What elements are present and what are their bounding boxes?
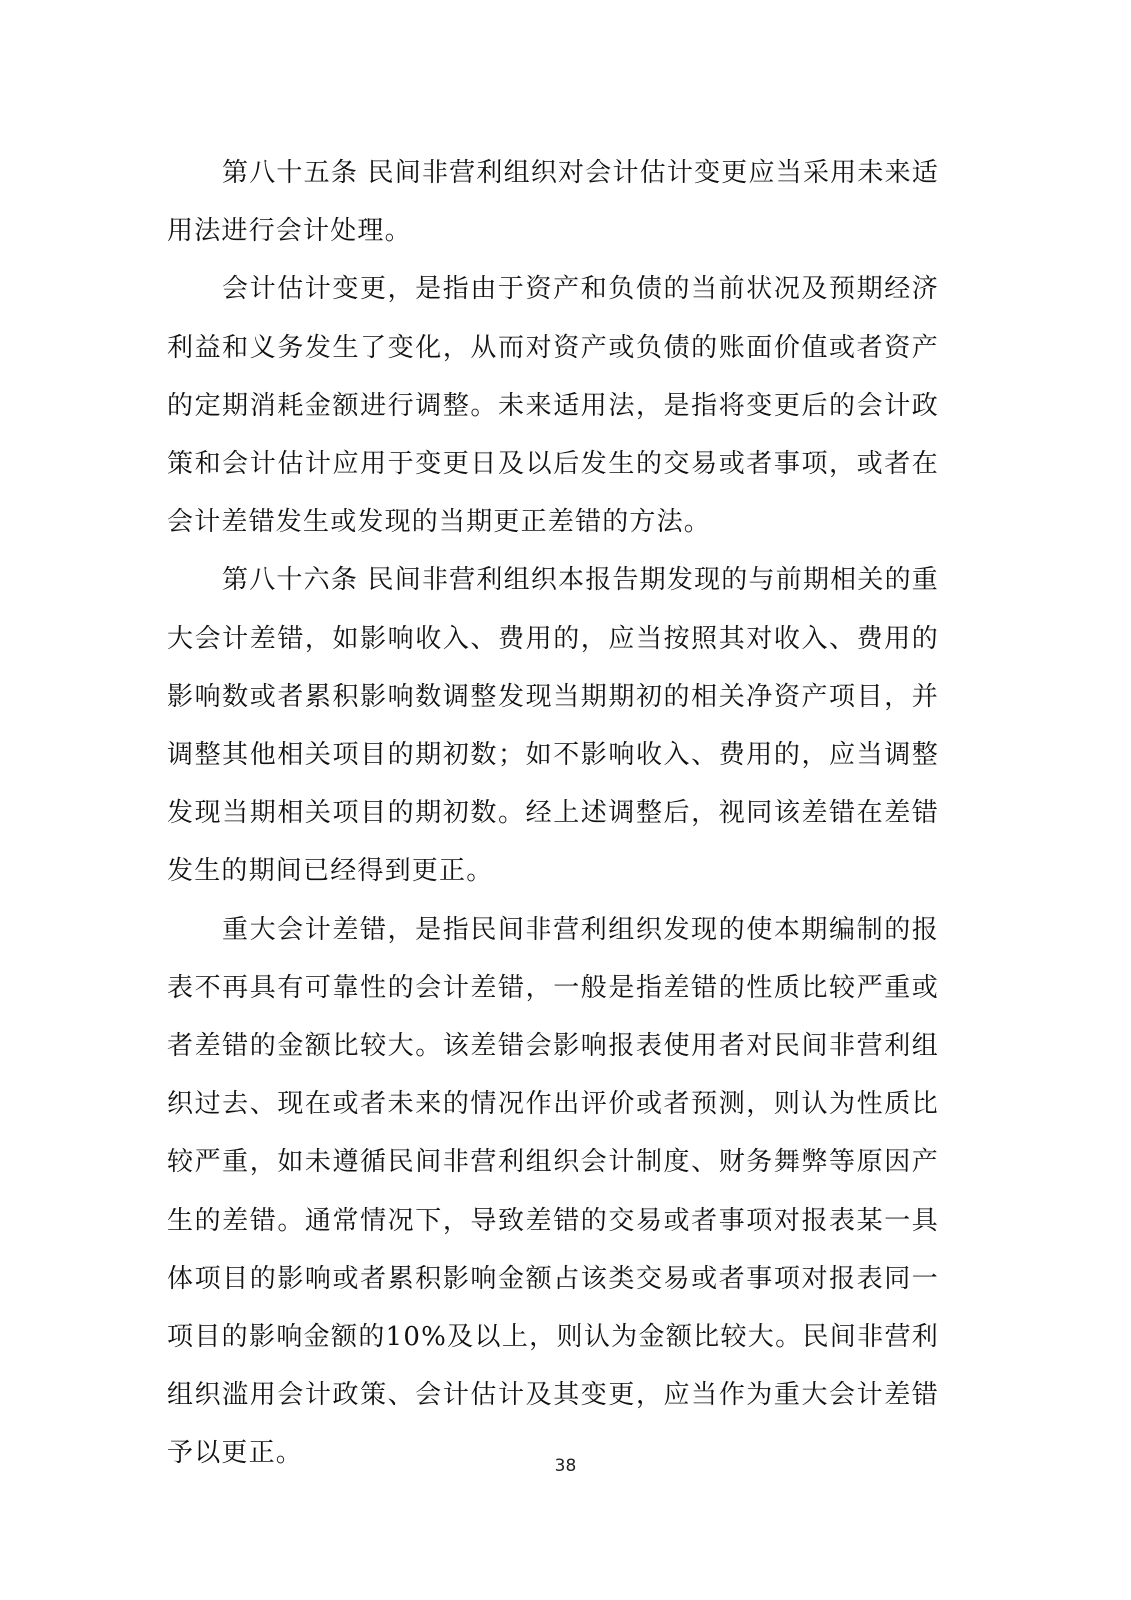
paragraph-article-86: 第八十六条 民间非营利组织本报告期发现的与前期相关的重大会计差错，如影响收入、费…	[167, 551, 939, 900]
paragraph-material-error-definition: 重大会计差错，是指民间非营利组织发现的使本期编制的报表不再具有可靠性的会计差错，…	[167, 901, 939, 1483]
paragraph-estimate-change-definition: 会计估计变更，是指由于资产和负债的当前状况及预期经济利益和义务发生了变化，从而对…	[167, 260, 939, 551]
paragraph-article-85: 第八十五条 民间非营利组织对会计估计变更应当采用未来适用法进行会计处理。	[167, 144, 939, 260]
page-number: 38	[0, 1456, 1131, 1476]
document-body: 第八十五条 民间非营利组织对会计估计变更应当采用未来适用法进行会计处理。 会计估…	[167, 144, 939, 1483]
